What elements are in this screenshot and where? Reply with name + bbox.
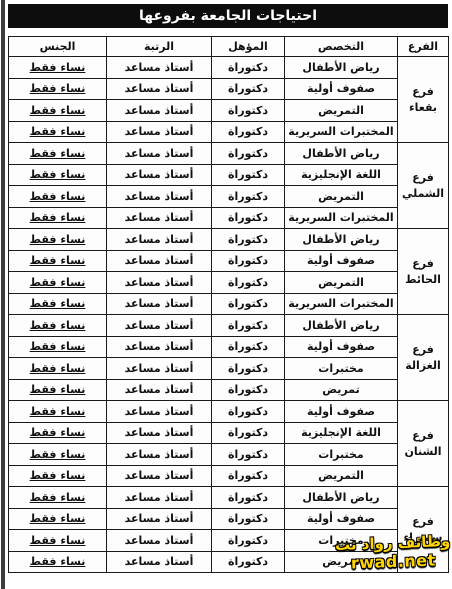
table-row: اللغة الإنجليزيةدكتوراةأستاذ مساعدنساء ف… (9, 164, 449, 186)
rank-cell: أستاذ مساعد (107, 422, 212, 444)
gender-cell: نساء فقط (9, 143, 107, 165)
branch-cell: فرعسميراء (398, 487, 449, 573)
table-row: تمريضدكتوراةأستاذ مساعدنساء فقط (9, 551, 449, 573)
specialization-cell: صفوف أولية (285, 508, 398, 530)
gender-cell: نساء فقط (9, 444, 107, 466)
specialization-cell: التمريض (285, 272, 398, 294)
specialization-cell: رياض الأطفال (285, 143, 398, 165)
gender-cell: نساء فقط (9, 487, 107, 509)
qualification-cell: دكتوراة (212, 465, 285, 487)
gender-cell: نساء فقط (9, 229, 107, 251)
rank-cell: أستاذ مساعد (107, 401, 212, 423)
gender-cell: نساء فقط (9, 530, 107, 552)
branch-cell: فرعالحائط (398, 229, 449, 315)
col-header-gender: الجنس (9, 37, 107, 57)
qualification-cell: دكتوراة (212, 487, 285, 509)
rank-cell: أستاذ مساعد (107, 530, 212, 552)
table-row: المختبرات السريريةدكتوراةأستاذ مساعدنساء… (9, 121, 449, 143)
qualification-cell: دكتوراة (212, 121, 285, 143)
gender-cell: نساء فقط (9, 551, 107, 573)
table-row: صفوف أوليةدكتوراةأستاذ مساعدنساء فقط (9, 336, 449, 358)
rank-cell: أستاذ مساعد (107, 336, 212, 358)
gender-cell: نساء فقط (9, 207, 107, 229)
page: احتياجات الجامعة بفروعها الفرع التخصص ال… (0, 0, 452, 589)
specialization-cell: التمريض (285, 465, 398, 487)
qualification-cell: دكتوراة (212, 78, 285, 100)
rank-cell: أستاذ مساعد (107, 293, 212, 315)
specialization-cell: اللغة الإنجليزية (285, 164, 398, 186)
rank-cell: أستاذ مساعد (107, 508, 212, 530)
branch-cell: فرع بقعاء (398, 57, 449, 143)
qualification-cell: دكتوراة (212, 530, 285, 552)
table-row: التمريضدكتوراةأستاذ مساعدنساء فقط (9, 100, 449, 122)
table-row: المختبرات السريريةدكتوراةأستاذ مساعدنساء… (9, 207, 449, 229)
qualification-cell: دكتوراة (212, 293, 285, 315)
specialization-cell: المختبرات السريرية (285, 121, 398, 143)
gender-cell: نساء فقط (9, 164, 107, 186)
col-header-branch: الفرع (398, 37, 449, 57)
gender-cell: نساء فقط (9, 272, 107, 294)
specialization-cell: صفوف أولية (285, 78, 398, 100)
qualification-cell: دكتوراة (212, 508, 285, 530)
rank-cell: أستاذ مساعد (107, 551, 212, 573)
gender-cell: نساء فقط (9, 401, 107, 423)
rank-cell: أستاذ مساعد (107, 100, 212, 122)
gender-cell: نساء فقط (9, 57, 107, 79)
table-row: المختبرات السريريةدكتوراةأستاذ مساعدنساء… (9, 293, 449, 315)
rank-cell: أستاذ مساعد (107, 229, 212, 251)
table-row: فرع بقعاءرياض الأطفالدكتوراةأستاذ مساعدن… (9, 57, 449, 79)
qualification-cell: دكتوراة (212, 207, 285, 229)
rank-cell: أستاذ مساعد (107, 143, 212, 165)
qualification-cell: دكتوراة (212, 379, 285, 401)
qualification-cell: دكتوراة (212, 272, 285, 294)
rank-cell: أستاذ مساعد (107, 57, 212, 79)
gender-cell: نساء فقط (9, 250, 107, 272)
gender-cell: نساء فقط (9, 336, 107, 358)
gender-cell: نساء فقط (9, 121, 107, 143)
rank-cell: أستاذ مساعد (107, 250, 212, 272)
table-row: فرعسميراءرياض الأطفالدكتوراةأستاذ مساعدن… (9, 487, 449, 509)
rank-cell: أستاذ مساعد (107, 207, 212, 229)
qualification-cell: دكتوراة (212, 229, 285, 251)
qualification-cell: دكتوراة (212, 401, 285, 423)
specialization-cell: صفوف أولية (285, 336, 398, 358)
specialization-cell: رياض الأطفال (285, 229, 398, 251)
rank-cell: أستاذ مساعد (107, 379, 212, 401)
page-edge-strip (1, 0, 5, 589)
rank-cell: أستاذ مساعد (107, 444, 212, 466)
qualification-cell: دكتوراة (212, 57, 285, 79)
gender-cell: نساء فقط (9, 100, 107, 122)
qualification-cell: دكتوراة (212, 100, 285, 122)
qualification-cell: دكتوراة (212, 551, 285, 573)
rank-cell: أستاذ مساعد (107, 272, 212, 294)
gender-cell: نساء فقط (9, 78, 107, 100)
qualification-cell: دكتوراة (212, 358, 285, 380)
table-row: التمريضدكتوراةأستاذ مساعدنساء فقط (9, 186, 449, 208)
col-header-rank: الرتبة (107, 37, 212, 57)
table-row: صفوف أوليةدكتوراةأستاذ مساعدنساء فقط (9, 78, 449, 100)
specialization-cell: صفوف أولية (285, 250, 398, 272)
rank-cell: أستاذ مساعد (107, 186, 212, 208)
rank-cell: أستاذ مساعد (107, 315, 212, 337)
gender-cell: نساء فقط (9, 293, 107, 315)
table-row: مختبراتدكتوراةأستاذ مساعدنساء فقط (9, 530, 449, 552)
header-row: الفرع التخصص المؤهل الرتبة الجنس (9, 37, 449, 57)
gender-cell: نساء فقط (9, 379, 107, 401)
table-row: التمريضدكتوراةأستاذ مساعدنساء فقط (9, 465, 449, 487)
specialization-cell: رياض الأطفال (285, 487, 398, 509)
table-row: فرعالشمليرياض الأطفالدكتوراةأستاذ مساعدن… (9, 143, 449, 165)
table-row: مختبراتدكتوراةأستاذ مساعدنساء فقط (9, 444, 449, 466)
specialization-cell: التمريض (285, 186, 398, 208)
page-title: احتياجات الجامعة بفروعها (8, 4, 448, 28)
qualification-cell: دكتوراة (212, 315, 285, 337)
specialization-cell: التمريض (285, 100, 398, 122)
table-row: صفوف أوليةدكتوراةأستاذ مساعدنساء فقط (9, 250, 449, 272)
qualification-cell: دكتوراة (212, 186, 285, 208)
table-row: فرعالحائطرياض الأطفالدكتوراةأستاذ مساعدن… (9, 229, 449, 251)
specialization-cell: تمريض (285, 551, 398, 573)
qualification-cell: دكتوراة (212, 444, 285, 466)
branch-cell: فرعالشنان (398, 401, 449, 487)
table-row: التمريضدكتوراةأستاذ مساعدنساء فقط (9, 272, 449, 294)
gender-cell: نساء فقط (9, 422, 107, 444)
specialization-cell: مختبرات (285, 444, 398, 466)
rank-cell: أستاذ مساعد (107, 358, 212, 380)
specialization-cell: المختبرات السريرية (285, 207, 398, 229)
gender-cell: نساء فقط (9, 186, 107, 208)
rank-cell: أستاذ مساعد (107, 465, 212, 487)
specialization-cell: المختبرات السريرية (285, 293, 398, 315)
col-header-qualification: المؤهل (212, 37, 285, 57)
specialization-cell: رياض الأطفال (285, 315, 398, 337)
specialization-cell: رياض الأطفال (285, 57, 398, 79)
qualification-cell: دكتوراة (212, 422, 285, 444)
university-needs-table: الفرع التخصص المؤهل الرتبة الجنس فرع بقع… (8, 36, 449, 573)
table-row: صفوف أوليةدكتوراةأستاذ مساعدنساء فقط (9, 508, 449, 530)
branch-cell: فرعالشملي (398, 143, 449, 229)
rank-cell: أستاذ مساعد (107, 121, 212, 143)
branch-cell: فرعالغزالة (398, 315, 449, 401)
specialization-cell: اللغة الإنجليزية (285, 422, 398, 444)
gender-cell: نساء فقط (9, 358, 107, 380)
specialization-cell: تمريض (285, 379, 398, 401)
rank-cell: أستاذ مساعد (107, 164, 212, 186)
qualification-cell: دكتوراة (212, 164, 285, 186)
gender-cell: نساء فقط (9, 508, 107, 530)
gender-cell: نساء فقط (9, 465, 107, 487)
table-row: مختبراتدكتوراةأستاذ مساعدنساء فقط (9, 358, 449, 380)
table-row: فرعالغزالةرياض الأطفالدكتوراةأستاذ مساعد… (9, 315, 449, 337)
rank-cell: أستاذ مساعد (107, 78, 212, 100)
table-row: تمريضدكتوراةأستاذ مساعدنساء فقط (9, 379, 449, 401)
col-header-specialization: التخصص (285, 37, 398, 57)
gender-cell: نساء فقط (9, 315, 107, 337)
qualification-cell: دكتوراة (212, 143, 285, 165)
table-row: اللغة الإنجليزيةدكتوراةأستاذ مساعدنساء ف… (9, 422, 449, 444)
qualification-cell: دكتوراة (212, 336, 285, 358)
specialization-cell: مختبرات (285, 358, 398, 380)
rank-cell: أستاذ مساعد (107, 487, 212, 509)
specialization-cell: مختبرات (285, 530, 398, 552)
qualification-cell: دكتوراة (212, 250, 285, 272)
specialization-cell: صفوف أولية (285, 401, 398, 423)
table-row: فرعالشنانصفوف أوليةدكتوراةأستاذ مساعدنسا… (9, 401, 449, 423)
